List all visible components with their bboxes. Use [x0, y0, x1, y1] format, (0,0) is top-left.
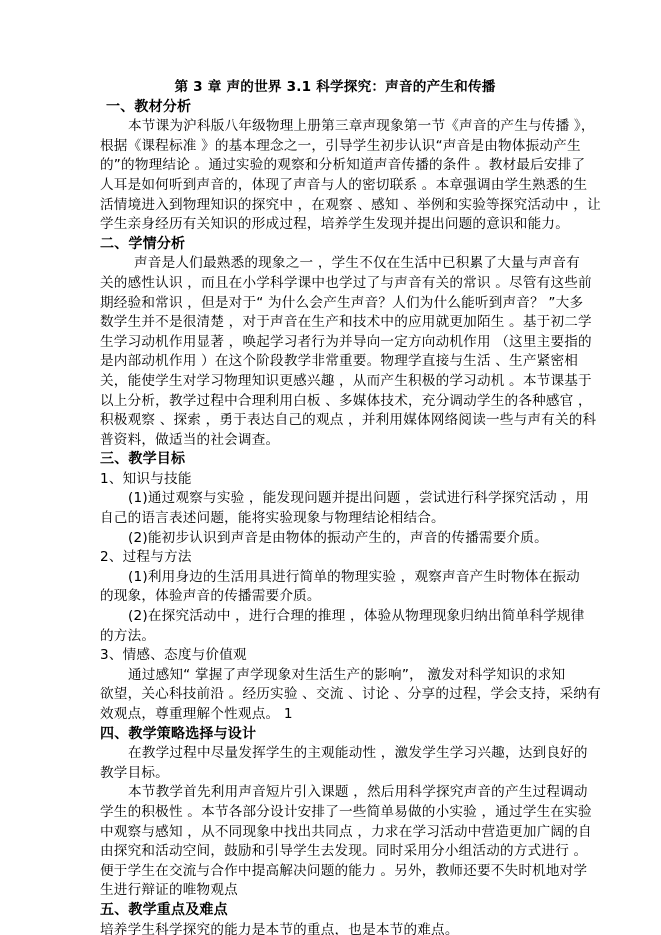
- section-heading-teaching-strategy: 四、教学策略选择与设计: [100, 725, 558, 745]
- paragraph-line: 中观察与感知 ，从不同现象中找出共同点 ，力求在学习活动中营造更加广阔的自: [100, 823, 558, 843]
- paragraph-line: 生进行辩证的唯物观点: [100, 881, 558, 901]
- objective-line: (2)在探究活动中 ，进行合理的推理 ，体验从物理现象归纳出简单科学规律: [100, 607, 558, 627]
- paragraph-line: 培养学生科学探究的能力是本节的重点，也是本节的难点。: [100, 921, 558, 935]
- paragraph-line: 关，能使学生对学习物理知识更感兴趣 ，从而产生积极的学习动机 。本节课基于: [100, 372, 558, 392]
- paragraph-line: 积极观察 、探索 ，勇于表达自己的观点 ，并利用媒体网络阅读一些与声有关的科: [100, 411, 558, 431]
- paragraph-line: 期经验和常识 ，但是对于“ 为什么会产生声音？人们为什么能听到声音？ ”大多: [100, 294, 558, 314]
- paragraph-line: 普资料，做适当的社会调查。: [100, 431, 558, 451]
- paragraph-line: 关的感性认识 ，而且在小学科学课中也学过了与声音有关的常识 。尽管有这些前: [100, 274, 558, 294]
- paragraph-line: 本节教学首先利用声音短片引入课题 ，然后用科学探究声音的产生过程调动: [100, 783, 558, 803]
- section-heading-teaching-objectives: 三、教学目标: [100, 450, 558, 470]
- paragraph-line: 由探究和活动空间，鼓励和引导学生去发现。同时采用分小组活动的方式进行 。: [100, 842, 558, 862]
- section-heading-student-analysis: 二、学情分析: [100, 235, 558, 255]
- paragraph-line: 生学习动机作用显著 ，唤起学习者行为并导向一定方向动机作用 （这里主要指的: [100, 333, 558, 353]
- paragraph-line: 活情境进入到物理知识的探究中 ，在观察 、感知 、举例和实验等探究活动中 ，让: [100, 196, 558, 216]
- subsection-label-knowledge-skills: 1、知识与技能: [100, 470, 558, 490]
- paragraph-line: 教学目标。: [100, 764, 558, 784]
- subsection-label-process-method: 2、过程与方法: [100, 548, 558, 568]
- objective-line: (1)利用身边的生活用具进行简单的物理实验 ，观察声音产生时物体在振动: [100, 568, 558, 588]
- objective-line: 通过感知“ 掌握了声学现象对生活生产的影响”， 激发对科学知识的求知: [100, 666, 558, 686]
- objective-line: (1)通过观察与实验 ，能发现问题并提出问题 ，尝试进行科学探究活动 ，用: [100, 489, 558, 509]
- paragraph-line: 根据《课程标准 》的基本理念之一，引导学生初步认识“声音是由物体振动产生: [100, 137, 558, 157]
- objective-line: 的现象，体验声音的传播需要介质。: [100, 587, 558, 607]
- paragraph-line: 以上分析，教学过程中合理利用白板 、多媒体技术，充分调动学生的各种感官 ，: [100, 392, 558, 412]
- objective-line: (2)能初步认识到声音是由物体的振动产生的，声音的传播需要介质。: [100, 529, 558, 549]
- paragraph-line: 在教学过程中尽量发挥学生的主观能动性 ，激发学生学习兴趣，达到良好的: [100, 744, 558, 764]
- objective-line: 的方法。: [100, 627, 558, 647]
- paragraph-line: 学生的积极性 。本节各部分设计安排了一些简单易做的小实验 ，通过学生在实验: [100, 803, 558, 823]
- paragraph-line: 人耳是如何听到声音的，体现了声音与人的密切联系 。本章强调由学生熟悉的生: [100, 176, 558, 196]
- document-page: 第 3 章 声的世界 3.1 科学探究：声音的产生和传播 一、教材分析 本节课为…: [100, 78, 558, 935]
- paragraph-line: 本节课为沪科版八年级物理上册第三章声现象第一节《声音的产生与传播 》，: [100, 117, 558, 137]
- subsection-label-emotion-attitude-values: 3、情感、态度与价值观: [100, 646, 558, 666]
- document-title: 第 3 章 声的世界 3.1 科学探究：声音的产生和传播: [100, 78, 558, 98]
- section-heading-textbook-analysis: 一、教材分析: [100, 98, 558, 118]
- paragraph-line: 数学生并不是很清楚 ，对于声音在生产和技术中的应用就更加陌生 。基于初二学: [100, 313, 558, 333]
- paragraph-line: 的”的物理结论 。通过实验的观察和分析知道声音传播的条件 。教材最后安排了: [100, 156, 558, 176]
- paragraph-line: 声音是人们最熟悉的现象之一 ，学生不仅在生活中已积累了大量与声音有: [100, 254, 558, 274]
- objective-line: 效观点，尊重理解个性观点。 1: [100, 705, 558, 725]
- objective-line: 自己的语言表述问题，能将实验现象与物理结论相结合。: [100, 509, 558, 529]
- paragraph-line: 学生亲身经历有关知识的形成过程，培养学生发现并提出问题的意识和能力。: [100, 215, 558, 235]
- paragraph-line: 便于学生在交流与合作中提高解决问题的能力 。另外，教师还要不失时机地对学: [100, 862, 558, 882]
- paragraph-line: 是内部动机作用 ）在这个阶段教学非常重要。物理学直接与生活 、生产紧密相: [100, 352, 558, 372]
- section-heading-key-difficult-points: 五、教学重点及难点: [100, 901, 558, 921]
- objective-line: 欲望，关心科技前沿 。经历实验 、交流 、讨论 、分享的过程，学会支持，采纳有: [100, 685, 558, 705]
